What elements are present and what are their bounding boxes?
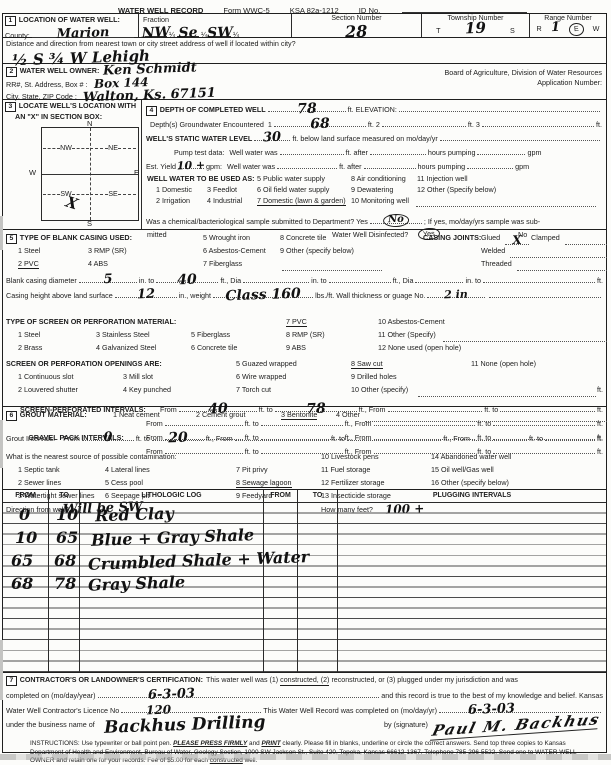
casing-option-1: 1 Steel [18, 246, 40, 255]
dia3-in-to: in. to [465, 276, 481, 286]
weight-label: in., weight [179, 291, 211, 301]
signature-label: by (signature) [384, 720, 428, 729]
header-from-1: FROM [3, 490, 49, 502]
yield-hours-blank [364, 160, 416, 169]
use-option-4: 4 Industrial [207, 196, 242, 205]
section-7-number: 7 [6, 676, 17, 686]
fraction-1-value: NW [142, 28, 171, 39]
log-1-from: 0 [19, 505, 30, 524]
fraction-cell: Fraction NW¼ Se¼ SW¼ [139, 14, 292, 37]
use-option-9: 9 Dewatering [351, 185, 393, 194]
yield-level-blank [277, 160, 337, 169]
contam-12: 12 Fertilizer storage [321, 478, 385, 487]
township-s: S [510, 26, 515, 36]
screen-material-6: 6 Concrete tile [191, 343, 237, 352]
depth-completed-label: DEPTH OF COMPLETED WELL [160, 105, 266, 115]
grout-option-3-underlined: 3 Bentonite [281, 410, 317, 420]
section-2-title: WATER WELL OWNER: [20, 66, 100, 76]
lithologic-table: FROM TO LITHOLOGIC LOG FROM TO PLUGGING … [2, 490, 607, 672]
pump-well-water-was: Well water was [229, 148, 277, 158]
record-completed-label: This Water Well Record was completed on … [263, 706, 437, 716]
casing-depth-value: 40 [177, 275, 197, 286]
range-cell: Range Number R 1 E W [530, 14, 606, 37]
contam-7: 7 Pit privy [236, 465, 268, 474]
diam-ft-dia: ft., Dia [220, 276, 241, 286]
casing-diameter-label: Blank casing diameter [6, 276, 77, 286]
use-label: WELL WATER TO BE USED AS: [147, 174, 255, 183]
opening-1: 1 Continuous slot [18, 372, 74, 381]
screen-material-8: 8 RMP (SR) [286, 330, 325, 339]
static-date-blank [440, 132, 600, 141]
screen-material-3: 3 Stainless Steel [96, 330, 150, 339]
cert-body-1c: reconstructed, or (3) plugged under my j… [331, 675, 518, 685]
section-6-title: GROUT MATERIAL: [20, 410, 87, 419]
log-2-to: 65 [56, 528, 78, 547]
scan-edge-band [0, 754, 611, 760]
log-4-description: Gray Shale [88, 572, 186, 594]
welded-label: Welded [481, 246, 505, 255]
contam-8-underlined: 8 Sewage lagoon [236, 478, 292, 488]
groundwater-label: Depth(s) Groundwater Encountered [150, 120, 264, 130]
range-r: R [537, 24, 542, 34]
opening-9: 9 Drilled holes [351, 372, 397, 381]
chemical-answer-circled: No [383, 214, 409, 228]
casing-height-label: Casing height above land surface [6, 291, 113, 301]
use-option-6: 6 Oil field water supply [257, 185, 329, 194]
log-4-from: 68 [11, 574, 33, 593]
casing-option-3: 3 RMP (SR) [88, 246, 127, 255]
screen-material-9: 9 ABS [286, 343, 306, 352]
depth-completed-value: 78 [297, 104, 317, 115]
table-col-line-3 [263, 503, 264, 672]
quadrant-se-label: SE [108, 191, 117, 198]
yield-gpm: gpm: [206, 162, 222, 172]
casing-other-blank [282, 262, 382, 271]
screen-material-5: 5 Fiberglass [191, 330, 230, 339]
scan-artifact-3 [0, 640, 3, 700]
log-3-from: 65 [11, 551, 33, 570]
section-4-number: 4 [146, 106, 157, 116]
gi-to2-blank [347, 432, 441, 441]
gi-ft-end: ft. [597, 434, 603, 444]
threaded-blank [517, 262, 607, 271]
yield-well-water-was: Well water was [227, 162, 275, 172]
wall-label: lbs./ft. Wall thickness or guage No. [315, 291, 425, 301]
casing-option-5: 5 Wrought iron [203, 233, 250, 242]
header-to-1: TO [49, 490, 80, 502]
instructions-1: INSTRUCTIONS: Use typewriter or ball poi… [30, 740, 173, 747]
screen-material-other-blank [443, 333, 607, 342]
clamped-label: Clamped [531, 233, 560, 242]
distance-row: Distance and direction from nearest town… [2, 38, 607, 64]
section-2-number: 2 [6, 67, 17, 77]
grout-intervals-label: Grout Intervals: [6, 434, 55, 444]
range-east-circled: E [568, 22, 584, 36]
quadrant-ne-label: NE [108, 145, 118, 152]
gi-ft-to: ft. to [136, 434, 150, 444]
log-4-to: 78 [54, 574, 76, 593]
use-option-2: 2 Irrigation [156, 196, 190, 205]
contam-2: 2 Sewer lines [18, 478, 61, 487]
table-col-line-5 [337, 503, 338, 672]
gi-from-value: 0 [103, 433, 112, 443]
fraction-2-value: Se [178, 28, 197, 39]
section-5-title: TYPE OF BLANK CASING USED: [20, 233, 132, 242]
application-number-label: Application Number: [444, 78, 602, 88]
township-t: T [436, 26, 440, 36]
opening-6: 6 Wire wrapped [236, 372, 286, 381]
yield-ft-after: ft. after [339, 162, 361, 172]
header-from-2: FROM [264, 490, 298, 502]
contam-10: 10 Livestock pens [321, 452, 379, 461]
fraction-label: Fraction [143, 15, 169, 25]
section-number-cell: Section Number 28 [292, 14, 422, 37]
pump-gpm-blank [477, 146, 525, 155]
screen-material-10: 10 Asbestos-Cement [378, 317, 445, 326]
gi-ft-from: ft., From [206, 434, 233, 444]
gi-from2-blank [235, 432, 329, 441]
screen-material-11: 11 Other (Specify) [378, 330, 436, 339]
section-6-grout: 6GROUT MATERIAL: 1 Neat cement 2 Cement … [2, 407, 607, 490]
gi-to-value: 20 [168, 433, 188, 444]
chemical-question: Was a chemical/bacteriological sample su… [146, 217, 368, 227]
gi-to3-blank [545, 432, 595, 441]
opening-4: 4 Key punched [123, 385, 171, 394]
address-value: Box 144 [93, 77, 148, 89]
casing-option-6: 6 Asbestos-Cement [203, 246, 266, 255]
cert-constructed-underlined: constructed, (2) [280, 675, 329, 686]
section-box: NW NE SW SE X [41, 127, 139, 221]
openings-title: SCREEN OR PERFORATION OPENINGS ARE: [6, 359, 162, 368]
opening-other-blank [418, 388, 596, 397]
use-option-7-underlined: 7 Domestic (lawn & garden) [257, 196, 346, 206]
water-well-record-form: WATER WELL RECORD Form WWC-5 KSA 82a-121… [0, 0, 611, 765]
gi-ft-to-3: ft. to [529, 434, 543, 444]
welded-blank [510, 249, 607, 258]
township-value: 19 [465, 23, 486, 34]
opening-2: 2 Louvered shutter [18, 385, 78, 394]
yield-hours-label: hours pumping [418, 162, 466, 172]
opening-other-ft: ft. [597, 385, 603, 394]
table-body: 0 10 Red Clay 10 65 Blue + Gray Shale 65… [3, 503, 606, 672]
completed-date-value: 6-3-03 [148, 689, 195, 701]
instructions-block: INSTRUCTIONS: Use typewriter or ball poi… [30, 740, 590, 765]
groundwater-3-blank [482, 118, 594, 127]
casing-option-9: 9 Other (specify below) [280, 246, 354, 255]
grout-option-4: 4 Other [336, 410, 360, 419]
grout-option-2: 2 Cement grout [196, 410, 246, 419]
groundwater-1: 1 [268, 120, 272, 130]
contam-16: 16 Other (specify below) [431, 478, 509, 487]
county-cell: 1LOCATION OF WATER WELL: County:Marion [3, 14, 139, 37]
section-4-depth: 4 DEPTH OF COMPLETED WELL 78 ft. ELEVATI… [142, 100, 606, 229]
range-value: 1 [551, 23, 560, 33]
range-west: W [593, 24, 600, 34]
casing-option-2-underlined: 2 PVC [18, 259, 39, 269]
contam-4: 4 Lateral lines [105, 465, 150, 474]
grout-other-blank [365, 413, 607, 422]
section-3-title-2: AN "X" IN SECTION BOX: [15, 112, 139, 122]
section-1-location: 1LOCATION OF WATER WELL: County:Marion F… [2, 13, 607, 38]
section-3-number: 3 [5, 102, 16, 112]
scan-artifact-1 [0, 216, 3, 250]
opening-7: 7 Torch cut [236, 385, 271, 394]
pump-test-label: Pump test data: [174, 148, 224, 158]
quadrant-nw: NW [43, 145, 89, 152]
section-3-title-1: LOCATE WELL'S LOCATION WITH [19, 101, 136, 111]
use-other-blank [416, 198, 596, 207]
screen-material-7-underlined: 7 PVC [286, 317, 307, 327]
certification-title: CONTRACTOR'S OR LANDOWNER'S CERTIFICATIO… [20, 675, 203, 685]
casing-diameter-value: 5 [103, 275, 112, 285]
opening-10: 10 Other (specify) [351, 385, 408, 394]
static-level-label: WELL'S STATIC WATER LEVEL [146, 134, 252, 144]
gi-ft-to-2: ft. to [331, 434, 345, 444]
yield-gpm-label: gpm [515, 162, 529, 172]
business-name-value: Backhus Drilling [104, 712, 266, 738]
completed-on-label: completed on (mo/day/year) [6, 691, 96, 701]
pump-ft-after: ft. after [346, 148, 368, 158]
contam-5: 5 Cess pool [105, 478, 143, 487]
header-plugging-intervals: PLUGGING INTERVALS [338, 490, 606, 502]
fraction-3-value: SW [207, 28, 233, 39]
grout-option-1: 1 Neat cement [113, 410, 160, 419]
groundwater-1-value: 68 [310, 119, 330, 130]
table-header-row: FROM TO LITHOLOGIC LOG FROM TO PLUGGING … [3, 490, 606, 503]
gi-from: From [63, 434, 80, 444]
log-1-to: 10 [56, 505, 78, 524]
licence-label: Water Well Contractor's Licence No [6, 706, 119, 716]
log-2-from: 10 [15, 528, 37, 547]
use-option-8: 8 Air conditioning [351, 174, 406, 183]
section-7-certification: 7 CONTRACTOR'S OR LANDOWNER'S CERTIFICAT… [2, 672, 607, 753]
section-5-number: 5 [6, 234, 17, 244]
business-name-label: under the business name of [6, 720, 95, 729]
scan-artifact-2 [0, 420, 3, 468]
dia2-blank [243, 274, 309, 283]
use-option-1: 1 Domestic [156, 185, 192, 194]
yield-value: 10 + [177, 161, 206, 172]
gi-ft-from-2: ft., From [443, 434, 470, 444]
agency-name: Board of Agriculture, Division of Water … [444, 68, 602, 78]
contam-14: 14 Abandoned water well [431, 452, 511, 461]
static-level-suffix: ft. below land surface measured on mo/da… [292, 134, 437, 144]
dia3-ft-dia: ft., Dia [393, 276, 414, 286]
log-3-description: Crumbled Shale + Water [88, 547, 310, 574]
dia3-depth-blank [483, 274, 595, 283]
quadrant-sw: SW [43, 191, 89, 198]
contam-15: 15 Oil well/Gas well [431, 465, 494, 474]
range-label: Range Number [532, 15, 604, 22]
wall-trailing-blank [489, 289, 601, 298]
casing-option-7: 7 Fiberglass [203, 259, 242, 268]
wall-value: 2 in [444, 290, 468, 301]
table-col-line-1 [48, 503, 49, 672]
header-lithologic-log: LITHOLOGIC LOG [80, 490, 264, 502]
quadrant-ne: NE [90, 145, 136, 152]
log-3-to: 68 [54, 551, 76, 570]
groundwater-ft3: ft. 3 [468, 120, 480, 130]
record-date-value: 6-3-03 [468, 704, 515, 716]
screen-material-2: 2 Brass [18, 343, 42, 352]
groundwater-ft: ft. [596, 120, 602, 130]
section-2-owner: 2WATER WELL OWNER:Ken Schmidt RR#, St. A… [2, 64, 607, 100]
dia3-blank [415, 274, 463, 283]
pump-level-blank [280, 146, 344, 155]
instructions-print: PRINT [261, 740, 280, 747]
contam-1: 1 Septic tank [18, 465, 60, 474]
section-1-number: 1 [5, 16, 16, 26]
diam-in-to: in. to [139, 276, 155, 286]
casing-option-8: 8 Concrete tile [280, 233, 326, 242]
table-col-line-2 [79, 503, 80, 672]
township-cell: Township Number T 19 S [422, 14, 530, 37]
opening-8-underlined: 8 Saw cut [351, 359, 383, 369]
screen-material-title: TYPE OF SCREEN OR PERFORATION MATERIAL: [6, 317, 176, 326]
use-option-3: 3 Feedlot [207, 185, 237, 194]
use-option-11: 11 Injection well [417, 174, 468, 183]
groundwater-ft2: ft. 2 [368, 120, 380, 130]
header-to-2: TO [298, 490, 338, 502]
address-label: RR#, St. Address, Box # : [6, 80, 88, 90]
opening-3: 3 Mill slot [123, 372, 153, 381]
quadrant-se: SE [90, 191, 136, 198]
opening-11: 11 None (open hole) [471, 359, 536, 368]
id-no-blank [402, 3, 527, 13]
log-2-description: Blue + Gray Shale [91, 525, 255, 550]
pump-gpm-label: gpm [527, 148, 541, 158]
casing-option-4: 4 ABS [88, 259, 108, 268]
instructions-press-firmly: PLEASE PRESS FIRMLY [173, 740, 247, 747]
cert-body-2: and this record is true to the best of m… [381, 691, 603, 701]
screen-material-1: 1 Steel [18, 330, 40, 339]
weight-value: Class 160 [225, 289, 301, 302]
pump-hours-blank [370, 146, 426, 155]
log-1-description: Red Clay [95, 504, 174, 526]
table-col-line-4 [297, 503, 298, 672]
groundwater-2-blank [382, 118, 466, 127]
licence-value: 120 [146, 705, 171, 716]
dia3-ft: ft. [597, 276, 603, 286]
clamped-blank [565, 236, 607, 245]
yield-label: Est. Yield [146, 162, 176, 172]
use-option-12: 12 Other (Specify below) [417, 185, 496, 194]
section-number-label: Section Number [294, 15, 419, 22]
contam-11: 11 Fuel storage [321, 465, 370, 474]
glued-x-mark: X [512, 233, 522, 247]
elevation-blank [399, 103, 600, 112]
section-box-horizontal-line [42, 174, 138, 175]
static-level-value: 30 [263, 133, 281, 144]
contamination-question: What is the nearest source of possible c… [6, 452, 177, 461]
cert-body-1a: This water well was (1) [206, 675, 278, 685]
section-5-casing: 5TYPE OF BLANK CASING USED: 5 Wrought ir… [2, 230, 607, 407]
pump-hours-label: hours pumping [428, 148, 476, 158]
dia2-depth-blank [329, 274, 391, 283]
screen-material-12: 12 None used (open hole) [378, 343, 461, 352]
elevation-label: ft. ELEVATION: [348, 105, 397, 115]
dia2-in-to: in. to [311, 276, 327, 286]
opening-5: 5 Guazed wrapped [236, 359, 297, 368]
section-3-4-row: 3LOCATE WELL'S LOCATION WITH AN "X" IN S… [2, 100, 607, 230]
casing-joints-label: CASING JOINTS: [423, 233, 481, 242]
gi-from3-blank [472, 432, 527, 441]
screen-material-4: 4 Galvanized Steel [96, 343, 156, 352]
casing-height-value: 12 [136, 290, 154, 301]
use-option-5: 5 Public water supply [257, 174, 325, 183]
section-1-title: LOCATION OF WATER WELL: [19, 15, 120, 25]
section-3-locate: 3LOCATE WELL'S LOCATION WITH AN "X" IN S… [3, 100, 142, 229]
use-option-10: 10 Monitoring well [351, 196, 409, 205]
agency-block: Board of Agriculture, Division of Water … [444, 68, 602, 88]
yield-gpm-blank [467, 160, 513, 169]
quadrant-nw-label: NW [60, 145, 72, 152]
section-6-number: 6 [6, 411, 17, 421]
threaded-label: Threaded [481, 259, 512, 268]
owner-name: Ken Schmidt [103, 63, 197, 76]
instructions-3: and [247, 740, 261, 747]
chemical-suffix: ; If yes, mo/day/yrs sample was sub- [424, 217, 540, 227]
glued-label: Glued [481, 233, 500, 242]
compass-w: W [29, 168, 36, 177]
